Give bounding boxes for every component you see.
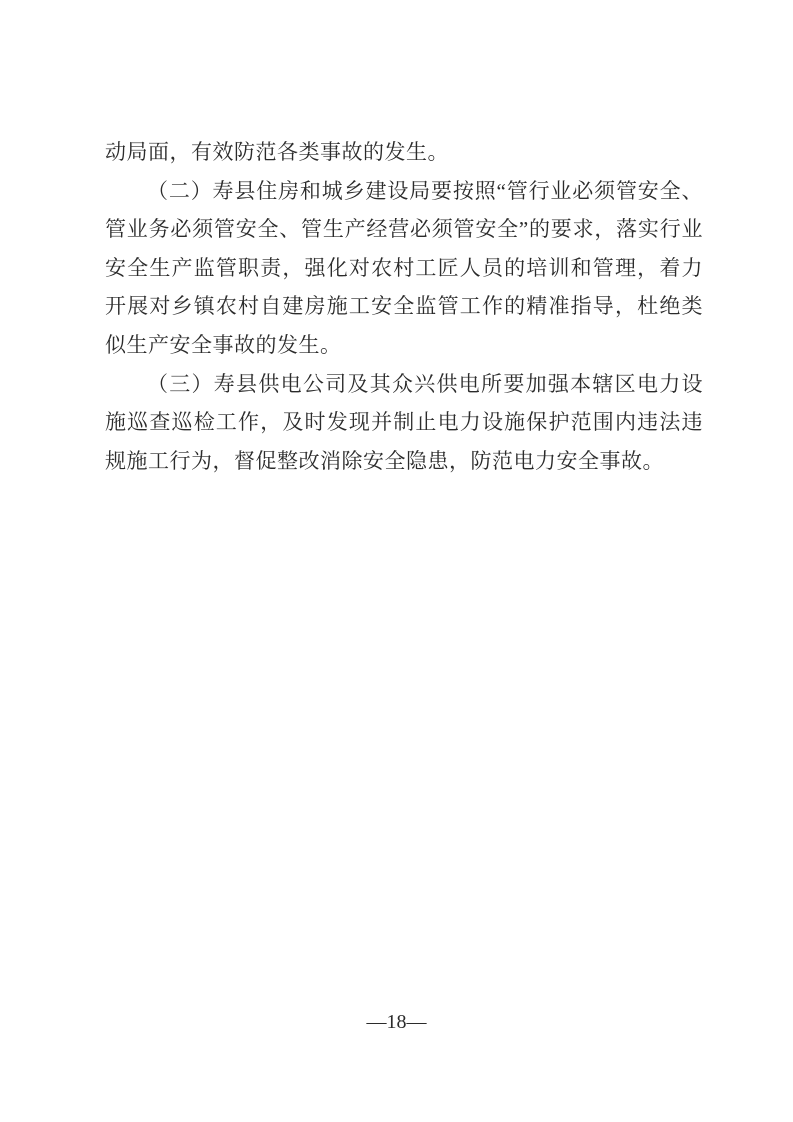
paragraph: （三）寿县供电公司及其众兴供电所要加强本辖区电力设施巡查巡检工作，及时发现并制止… <box>105 365 703 481</box>
paragraph: 动局面，有效防范各类事故的发生。 <box>105 133 703 172</box>
document-body: 动局面，有效防范各类事故的发生。 （二）寿县住房和城乡建设局要按照“管行业必须管… <box>105 133 703 480</box>
document-page: 动局面，有效防范各类事故的发生。 （二）寿县住房和城乡建设局要按照“管行业必须管… <box>0 0 793 1122</box>
page-number: —18— <box>0 1008 793 1036</box>
paragraph: （二）寿县住房和城乡建设局要按照“管行业必须管安全、管业务必须管安全、管生产经营… <box>105 172 703 365</box>
